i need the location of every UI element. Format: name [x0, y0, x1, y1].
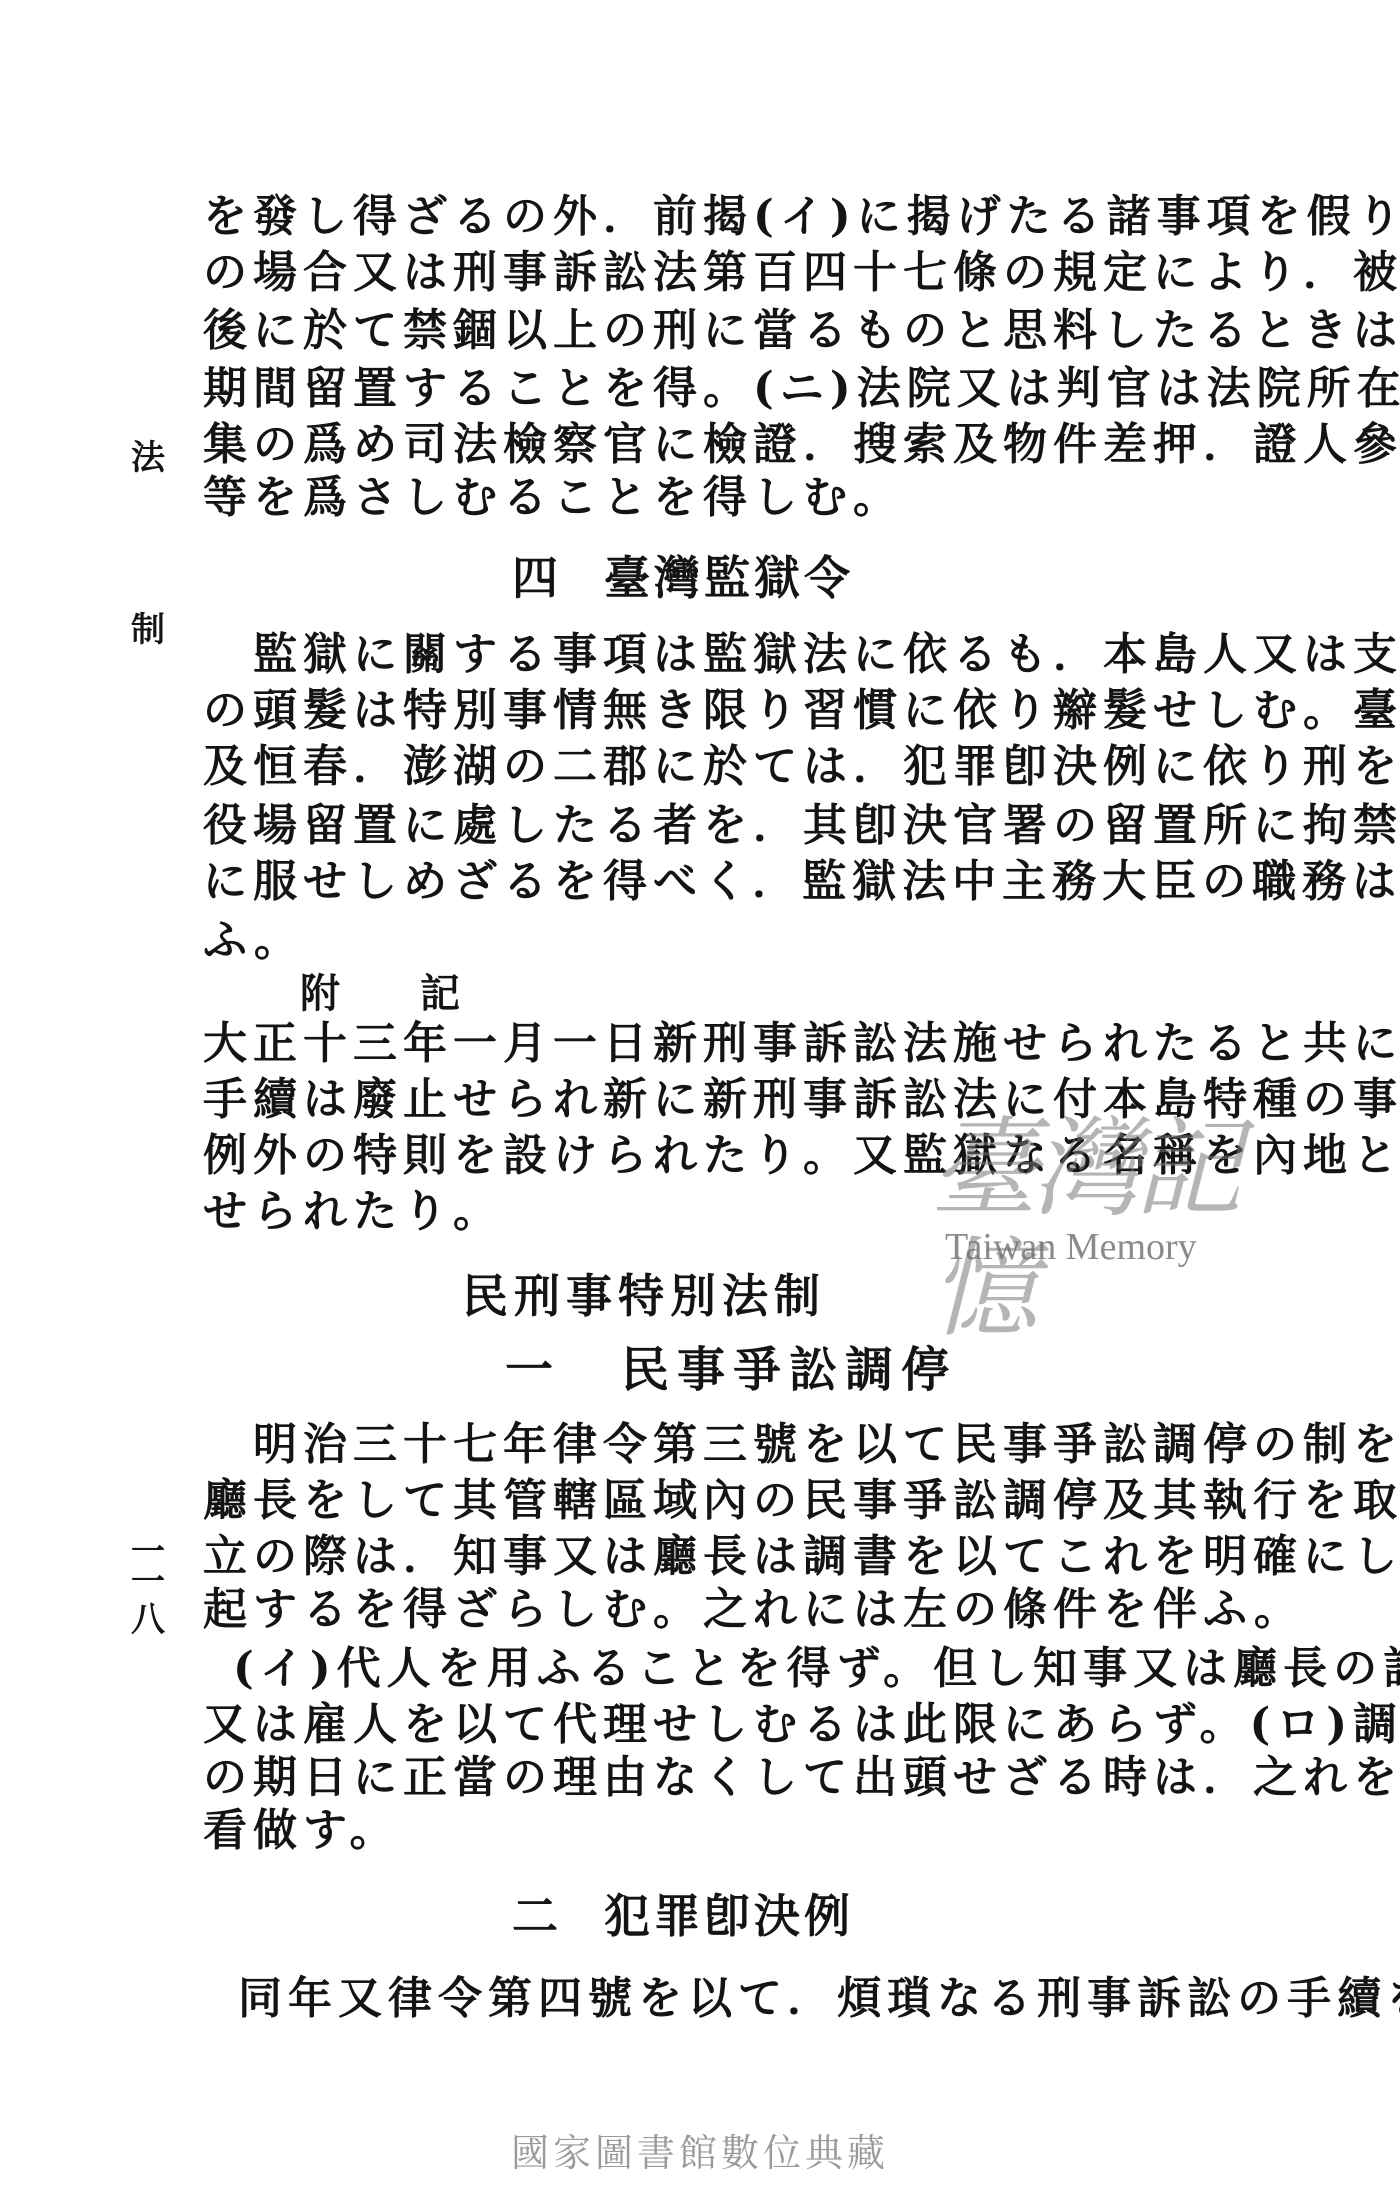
appendix-line: せられたり。 [203, 1184, 1273, 1240]
paragraph-line: 監獄に關する事項は監獄法に依るも．本島人又は支那人たる男在監囚 [253, 627, 1273, 683]
section-number: 四 [512, 548, 562, 608]
section-heading: 四臺灣監獄令 [512, 548, 854, 608]
appendix-line: 大正十三年一月一日新刑事訴訟法施せられたると共に前記刑事訴訟特別 [203, 1016, 1273, 1072]
appendix-label-char: 記 [420, 970, 540, 1017]
paragraph-line: 等を爲さしむることを得しむ。 [203, 470, 1273, 526]
paragraph-line: 期間留置することを得。(ニ)法院又は判官は法院所在地外に於て證據蒐 [203, 361, 1273, 417]
paragraph-line: を發し得ざるの外．前揭(イ)に揭げたる諸事項を假りに行ふを得。尙右 [203, 189, 1273, 245]
section-title: 臺灣監獄令 [604, 551, 854, 605]
section-title: 犯罪卽決例 [604, 1889, 854, 1943]
paragraph-line: 同年又律令第四號を以て．煩瑣なる刑事訴訟の手續を省略せんが爲め [238, 1971, 1273, 2027]
paragraph-line: 集の爲め司法檢察官に檢證．搜索及物件差押．證人參考人の取調．鑑定 [203, 417, 1273, 473]
paragraph-line: の場合又は刑事訴訟法第百四十七條の規定により．被告人を訊問したる [203, 245, 1273, 301]
paragraph-line: に服せしめざるを得べく．監獄法中主務大臣の職務は．臺灣總督之を行 [203, 854, 1273, 910]
margin-mark-sei: 制 [128, 610, 168, 650]
paragraph-line: 廳長をして其管轄區域內の民事爭訟調停及其執行を取扱はしめ．調停成 [203, 1473, 1273, 1529]
condition-line: 看做す。 [203, 1803, 1273, 1859]
paragraph-line: 後に於て禁錮以上の刑に當るものと思料したるときは．七日を超えざる [203, 303, 1273, 359]
part-title: 民刑事特別法制 [462, 1266, 826, 1326]
condition-line: 又は雇人を以て代理せしむるは此限にあらず。(ロ)調停の申請人が指定 [203, 1697, 1273, 1753]
page-number-digit: 八 [128, 1600, 168, 1640]
appendix-line: 例外の特則を設けられたり。又監獄なる名稱を內地と同樣刑務所と變更 [203, 1128, 1273, 1184]
section-heading: 一民事爭訟調停 [505, 1340, 957, 1400]
appendix-line: 手續は廢止せられ新に新刑事訴訟法に付本島特種の事情により四．五の [203, 1072, 1273, 1128]
page-number-digit: 一 [128, 1562, 168, 1602]
appendix-label-char: 附 [300, 970, 420, 1017]
paragraph-line: 及恒春．澎湖の二郡に於ては．犯罪卽決例に依り刑を言渡したる者及勞 [203, 739, 1273, 795]
section-title: 民事爭訟調停 [621, 1342, 957, 1398]
library-footer: 國家圖書館數位典藏 [0, 2122, 1400, 2177]
paragraph-line: の頭髮は特別事情無き限り習慣に依り辮髮せしむ。臺東．花蓮港の二廳 [203, 683, 1273, 739]
paragraph-line: 役場留置に處したる者を．其卽決官署の留置所に拘禁し．懲役と雖定役 [203, 798, 1273, 854]
margin-mark-ho: 法 [128, 438, 168, 478]
paragraph-line: 明治三十七年律令第三號を以て民事爭訟調停の制を發布し．知事又は [253, 1417, 1273, 1473]
section-heading: 二犯罪卽決例 [512, 1886, 854, 1946]
section-number: 二 [512, 1886, 562, 1946]
paragraph-line: ふ。 [203, 913, 1273, 969]
paragraph-line: 立の際は．知事又は廳長は調書を以てこれを明確にし．これが訴訟を提 [203, 1529, 1273, 1585]
section-number: 一 [505, 1340, 561, 1400]
condition-line: の期日に正當の理由なくして出頭せざる時は．之れを取下げたるものと [203, 1750, 1273, 1806]
document-page: 法 制 一 一 八 を發し得ざるの外．前揭(イ)に揭げたる諸事項を假りに行ふを得… [0, 0, 1400, 2200]
appendix-label: 附記 [300, 966, 540, 1022]
paragraph-line: 起するを得ざらしむ。之れには左の條件を伴ふ。 [203, 1582, 1273, 1638]
condition-line: (イ)代人を用ふることを得ず。但し知事又は廳長の許可を受け．親族 [233, 1641, 1273, 1697]
